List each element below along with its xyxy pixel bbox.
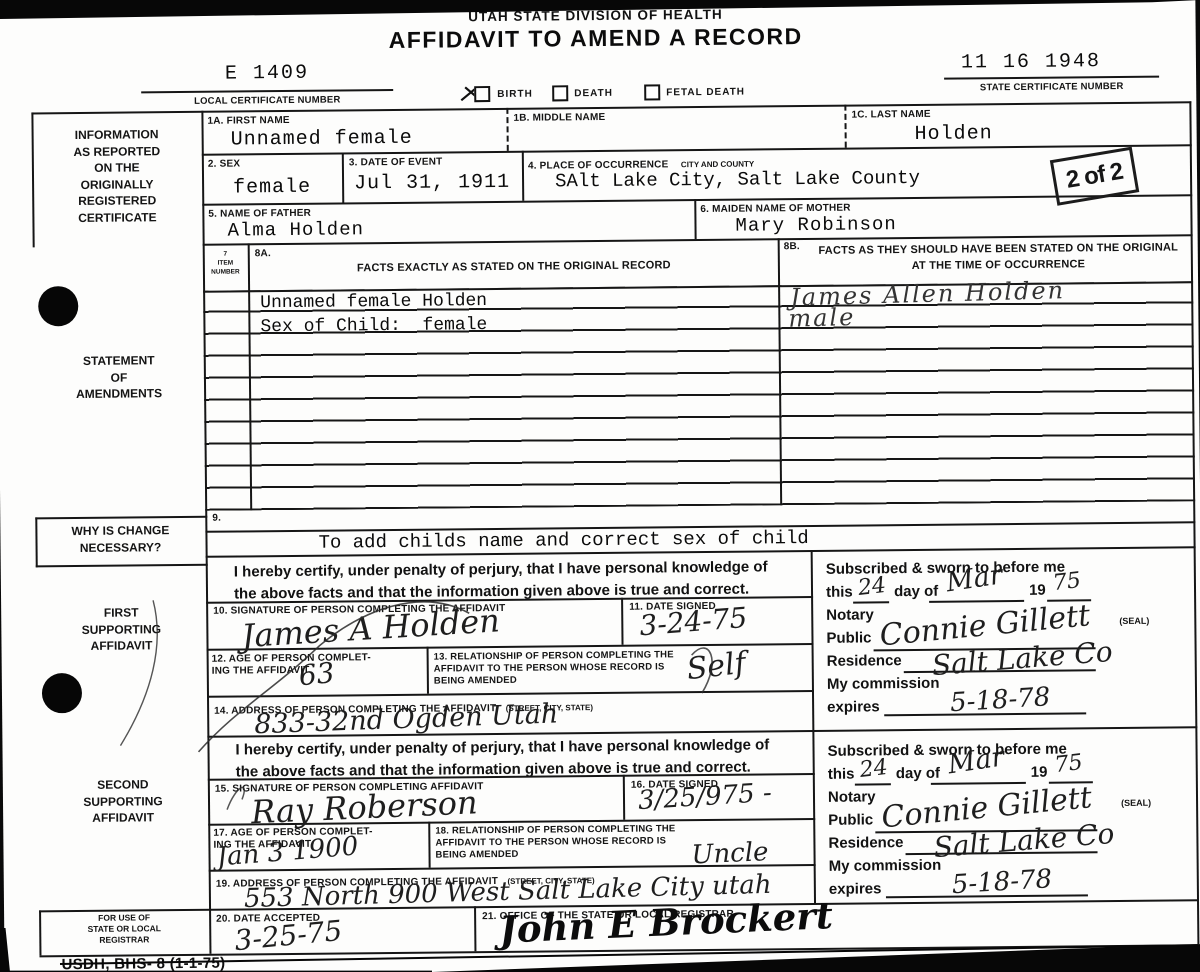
scanned-affidavit-form: UTAH STATE DIVISION OF HEALTH AFFIDAVIT … — [0, 0, 1200, 972]
pen-strokes — [0, 0, 1200, 972]
